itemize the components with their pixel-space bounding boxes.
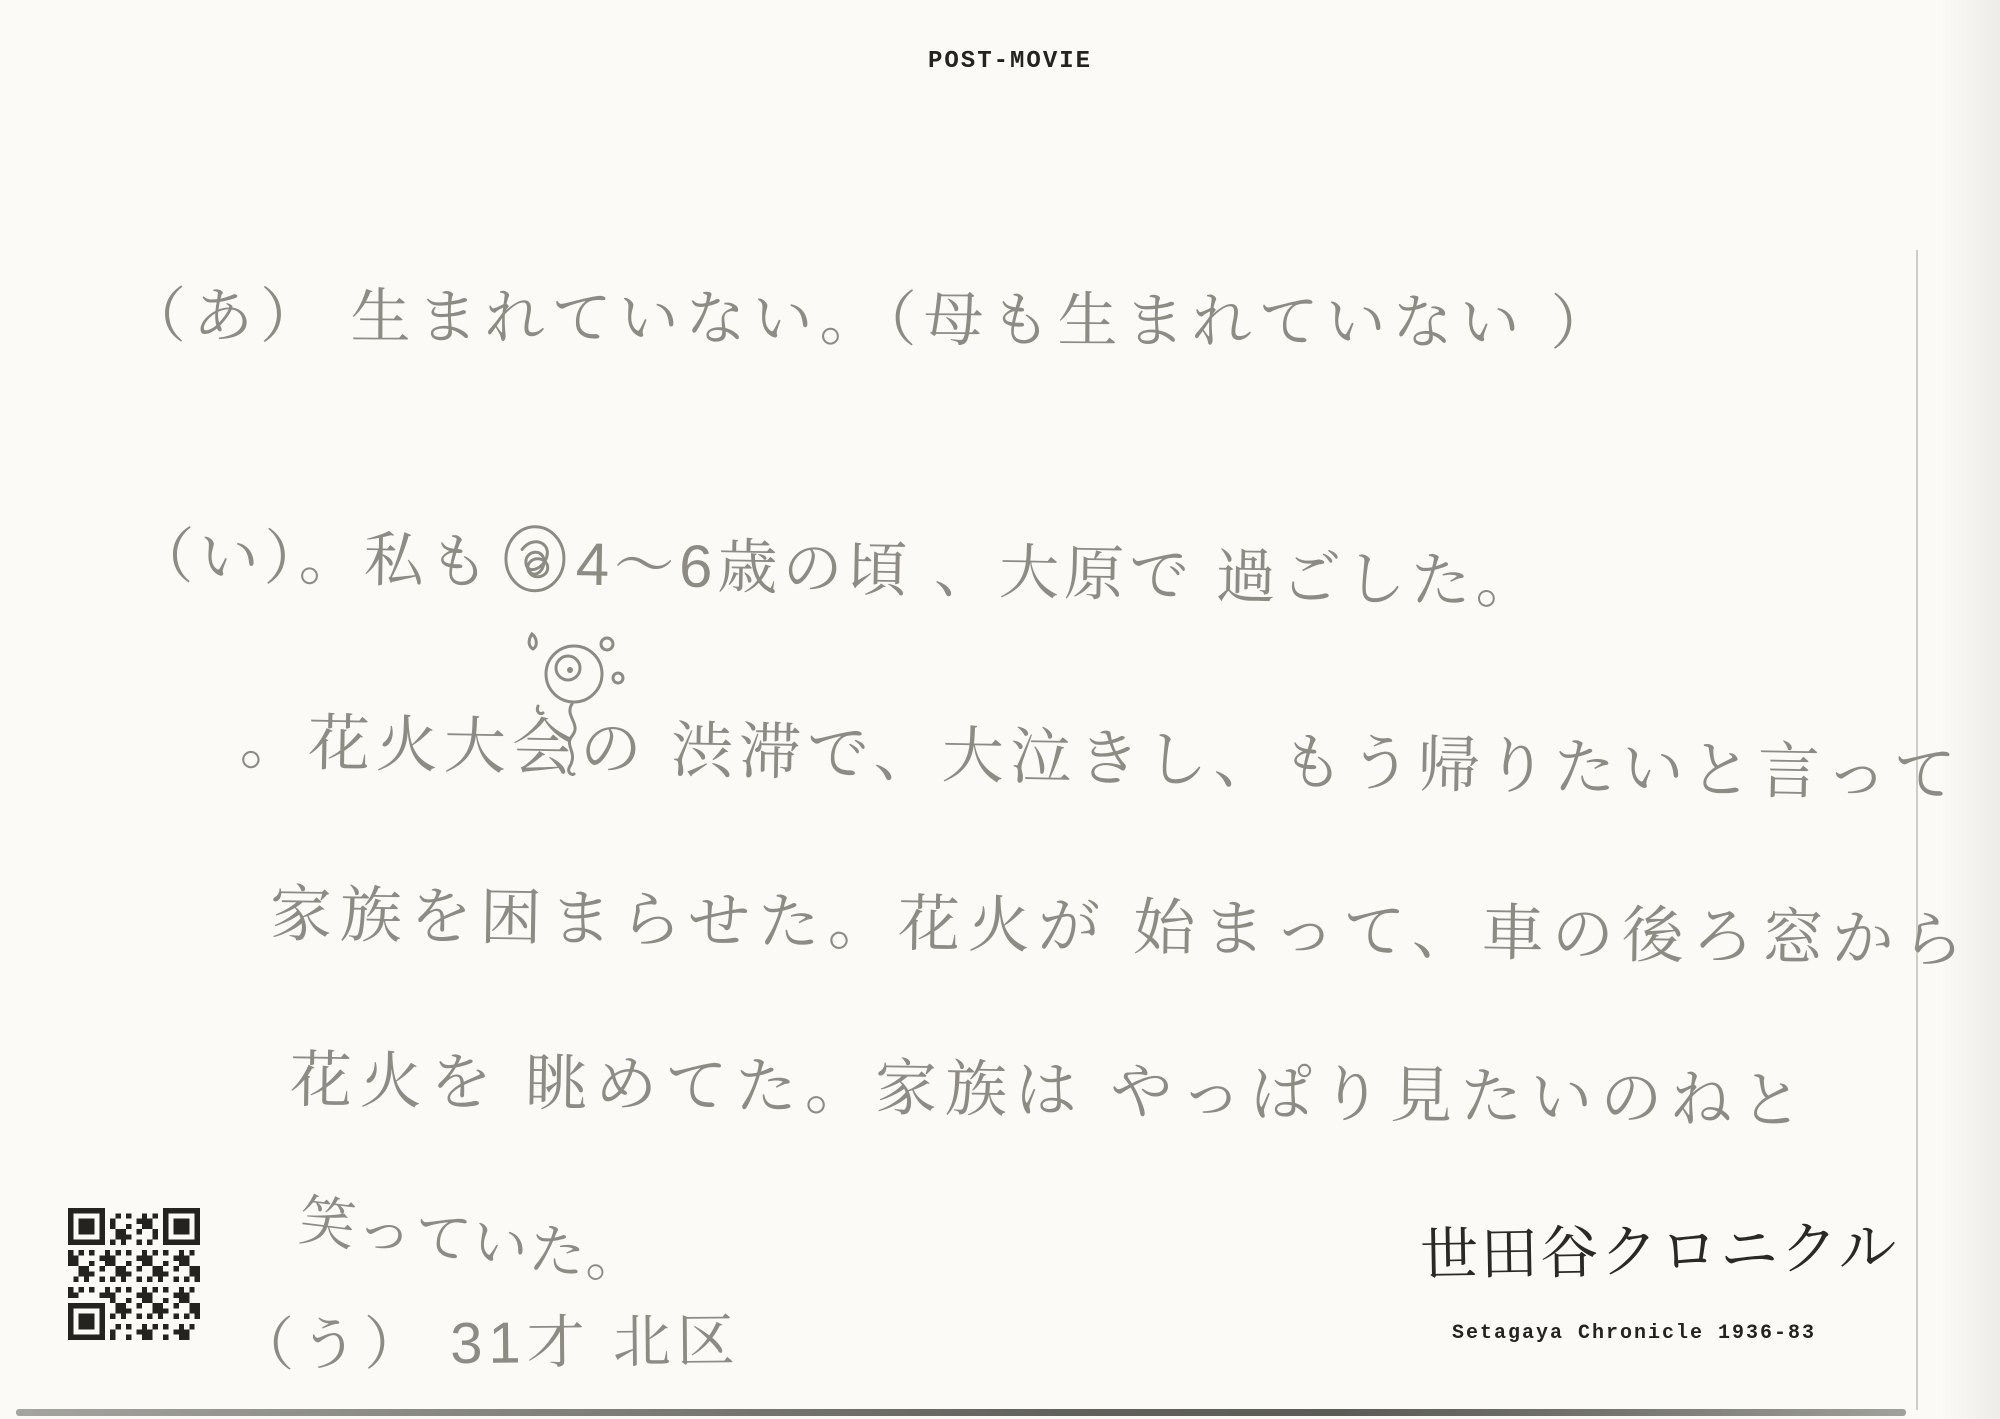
handwritten-line-a: （あ） 生まれていない。（母も生まれていない ）	[126, 268, 1618, 362]
handwritten-line-fireworks-3: 花火を 眺めてた。家族は やっぱり見たいのねと	[289, 1030, 1811, 1140]
qr-code	[68, 1208, 200, 1340]
handwritten-line-fireworks-1: 。花火大会の 渋滞で、大泣きし、もう帰りたいと言って	[239, 692, 1962, 814]
setagaya-chronicle-logo: 世田谷クロニクル	[1419, 1200, 1899, 1292]
scan-edge-strip	[16, 1409, 1906, 1416]
handwritten-line-fireworks-2: 家族を困まらせた。花火が 始まって、車の後ろ窓から	[269, 864, 1972, 980]
postcard-scan: POST-MOVIE （あ） 生まれていない。（母も生まれていない ） （い）。…	[0, 0, 2000, 1419]
handwritten-line-i: （い）。私も 4〜6歳の頃 、大原で 過ごした。	[133, 508, 1541, 621]
scan-edge-line	[1916, 250, 1918, 1410]
setagaya-chronicle-subtitle: Setagaya Chronicle 1936-83	[1452, 1322, 1816, 1345]
circled-scribble-doodle-icon	[501, 523, 568, 594]
scan-edge-shade	[1940, 0, 2000, 1419]
handwritten-line-fireworks-4: 笑っていた。	[295, 1176, 650, 1298]
page-title: POST-MOVIE	[928, 48, 1092, 75]
handwritten-line-i-suffix: 4〜6歳の頃 、大原で 過ごした。	[575, 516, 1542, 621]
handwritten-signature-line: （う） 31才 北区	[236, 1294, 741, 1382]
handwritten-line-i-prefix: （い）。私も	[133, 508, 495, 601]
